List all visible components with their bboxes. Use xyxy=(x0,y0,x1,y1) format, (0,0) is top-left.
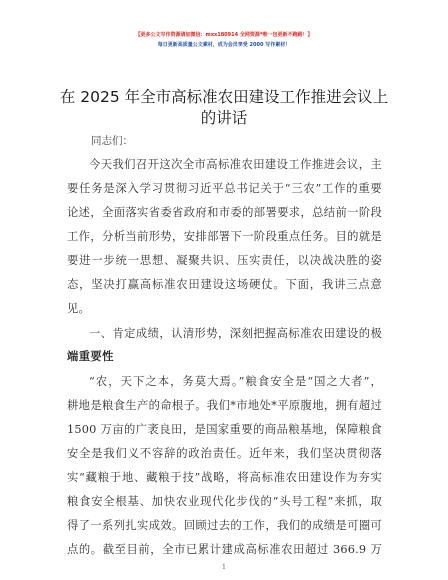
paragraph-2-line: 实“藏粮于地、藏粮于技”战略，将高标准农田建设作为夯实 xyxy=(67,470,382,486)
paragraph-2-line: 1500 万亩的广袤良田，是国家重要的商品粮基地，保障粮食 xyxy=(67,422,382,438)
section-heading-bold: 端重要性 xyxy=(67,349,382,365)
document-title-line-1: 在 2025 年全市高标准农田建设工作推进会议上 xyxy=(30,86,418,108)
paragraph-1-line: 论述，全面落实省委省政府和市委的部署要求，总结前一阶段 xyxy=(67,205,382,221)
paragraph-2-line: 安全是我们义不容辞的政治责任。近年来，我们坚决贯彻落 xyxy=(67,446,382,462)
paragraph-1-line: 工作，分析当前形势，安排部署下一阶段重点任务。目的就是 xyxy=(67,229,382,245)
paragraph-2-line: 粮食安全根基、加快农业现代化步伐的“头号工程”来抓，取 xyxy=(67,494,382,510)
document-title-line-2: 的讲话 xyxy=(30,107,418,129)
section-heading-line: 一、肯定成绩，认清形势，深刻把握高标准农田建设的极 xyxy=(89,326,382,342)
paragraph-2-line: 点的。截至目前，全市已累计建成高标准农田超过 366.9 万 xyxy=(67,542,382,558)
paragraph-2-line: 得了一系列扎实成效。回顾过去的工作，我们的成绩是可圈可 xyxy=(67,518,382,534)
paragraph-1-line: 见。 xyxy=(67,301,382,317)
paragraph-1-line: 要任务是深入学习贯彻习近平总书记关于“三农”工作的重要 xyxy=(67,181,382,197)
paragraph-1-line: 态，坚决打赢高标准农田建设这场硬仗。下面，我讲三点意 xyxy=(67,277,382,293)
document-page: 【更多公文写作资源请加微信：mxx180914 全网资源*唯一包更新不跑路！】 … xyxy=(0,0,448,580)
salutation: 同志们： xyxy=(91,133,133,149)
promo-banner-blue: 每日更新高质量公文素材，成为会员享受 2000 写作素材！ xyxy=(0,41,448,49)
paragraph-2-line: 耕地是粮食生产的命根子。我们*市地处*平原腹地，拥有超过 xyxy=(67,398,382,414)
page-number: 1 xyxy=(0,563,448,571)
paragraph-1-line: 今天我们召开这次全市高标准农田建设工作推进会议，主 xyxy=(89,157,382,173)
paragraph-1-line: 要进一步统一思想、凝聚共识、压实责任，以决战决胜的姿 xyxy=(67,253,382,269)
paragraph-2-line: “农，天下之本，务莫大焉。”粮食安全是“国之大者”， xyxy=(89,374,382,390)
promo-banner-red: 【更多公文写作资源请加微信：mxx180914 全网资源*唯一包更新不跑路！】 xyxy=(0,31,448,39)
